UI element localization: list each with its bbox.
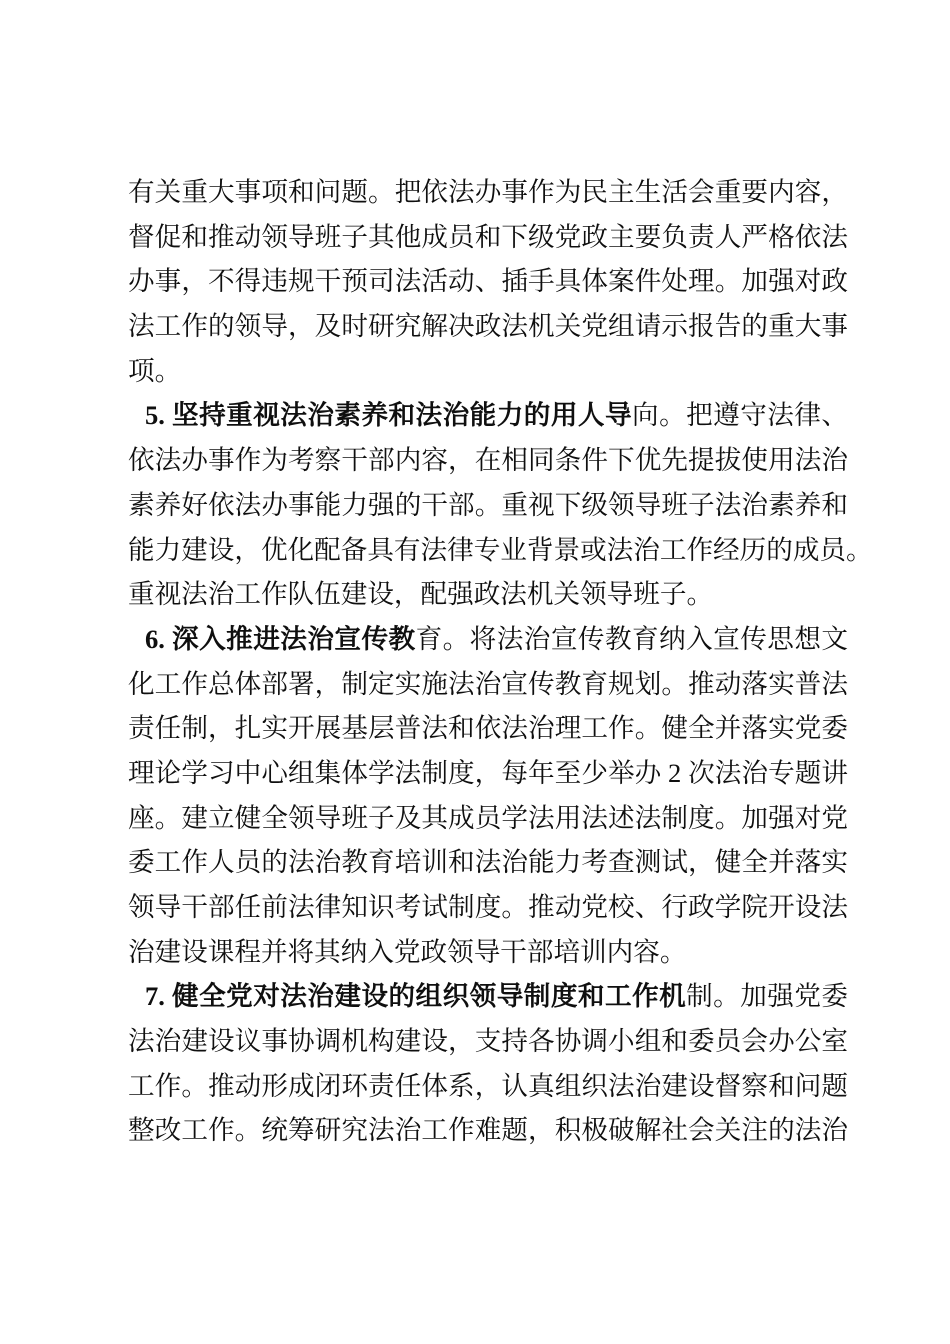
text-line: 依法办事作为考察干部内容，在相同条件下优先提拔使用法治 xyxy=(128,438,848,483)
body-text: 办事，不得违规干预司法活动、插手具体案件处理。加强对政 xyxy=(128,266,848,296)
body-text: 治建设课程并将其纳入党政领导干部培训内容。 xyxy=(128,937,686,967)
text-line: 6. 深入推进法治宣传教育。将法治宣传教育纳入宣传思想文 xyxy=(128,617,848,662)
paragraph-continuation: 有关重大事项和问题。把依法办事作为民主生活会重要内容，督促和推动领导班子其他成员… xyxy=(128,170,848,393)
paragraph-item-6: 6. 深入推进法治宣传教育。将法治宣传教育纳入宣传思想文化工作总体部署，制定实施… xyxy=(128,617,848,975)
body-text: 法治建设议事协调机构建设，支持各协调小组和委员会办公室 xyxy=(128,1026,848,1056)
body-text: 督促和推动领导班子其他成员和下级党政主要负责人严格依法 xyxy=(128,222,848,252)
text-line: 法治建设议事协调机构建设，支持各协调小组和委员会办公室 xyxy=(128,1019,848,1064)
text-line: 责任制，扎实开展基层普法和依法治理工作。健全并落实党委 xyxy=(128,706,848,751)
body-text: 领导干部任前法律知识考试制度。推动党校、行政学院开设法 xyxy=(128,892,848,922)
document-text-block: 有关重大事项和问题。把依法办事作为民主生活会重要内容，督促和推动领导班子其他成员… xyxy=(128,170,848,1153)
text-line: 理论学习中心组集体学法制度，每年至少举办 2 次法治专题讲 xyxy=(128,751,848,796)
body-text: 向。把遵守法律、 xyxy=(632,400,848,430)
body-text: 有关重大事项和问题。把依法办事作为民主生活会重要内容， xyxy=(128,177,848,207)
text-line: 整改工作。统筹研究法治工作难题，积极破解社会关注的法治 xyxy=(128,1108,848,1153)
body-text: 工作。推动形成闭环责任体系，认真组织法治建设督察和问题 xyxy=(128,1071,848,1101)
body-text: 委工作人员的法治教育培训和法治能力考查测试，健全并落实 xyxy=(128,847,848,877)
text-line: 工作。推动形成闭环责任体系，认真组织法治建设督察和问题 xyxy=(128,1064,848,1109)
body-text: 化工作总体部署，制定实施法治宣传教育规划。推动落实普法 xyxy=(128,669,848,699)
text-line: 治建设课程并将其纳入党政领导干部培训内容。 xyxy=(128,930,848,975)
item-heading-text: 7. 健全党对法治建设的组织领导制度和工作机 xyxy=(145,981,686,1011)
body-text: 依法办事作为考察干部内容，在相同条件下优先提拔使用法治 xyxy=(128,445,848,475)
body-text: 整改工作。统筹研究法治工作难题，积极破解社会关注的法治 xyxy=(128,1115,848,1145)
text-line: 项。 xyxy=(128,349,848,394)
body-text: 重视法治工作队伍建设，配强政法机关领导班子。 xyxy=(128,579,713,609)
text-line: 素养好依法办事能力强的干部。重视下级领导班子法治素养和 xyxy=(128,483,848,528)
text-line: 督促和推动领导班子其他成员和下级党政主要负责人严格依法 xyxy=(128,215,848,260)
document-page: 有关重大事项和问题。把依法办事作为民主生活会重要内容，督促和推动领导班子其他成员… xyxy=(0,0,950,1344)
item-heading-text: 6. 深入推进法治宣传教 xyxy=(145,624,416,654)
body-text: 项。 xyxy=(128,356,181,386)
text-line: 办事，不得违规干预司法活动、插手具体案件处理。加强对政 xyxy=(128,259,848,304)
text-line: 有关重大事项和问题。把依法办事作为民主生活会重要内容， xyxy=(128,170,848,215)
body-text: 制。加强党委 xyxy=(686,981,848,1011)
body-text: 责任制，扎实开展基层普法和依法治理工作。健全并落实党委 xyxy=(128,713,848,743)
body-text: 素养好依法办事能力强的干部。重视下级领导班子法治素养和 xyxy=(128,490,848,520)
body-text: 能力建设，优化配备具有法律专业背景或法治工作经历的成员。 xyxy=(128,535,873,565)
text-line: 座。建立健全领导班子及其成员学法用法述法制度。加强对党 xyxy=(128,796,848,841)
body-text: 法工作的领导，及时研究解决政法机关党组请示报告的重大事 xyxy=(128,311,848,341)
text-line: 领导干部任前法律知识考试制度。推动党校、行政学院开设法 xyxy=(128,885,848,930)
text-line: 法工作的领导，及时研究解决政法机关党组请示报告的重大事 xyxy=(128,304,848,349)
paragraph-item-5: 5. 坚持重视法治素养和法治能力的用人导向。把遵守法律、依法办事作为考察干部内容… xyxy=(128,393,848,616)
text-line: 5. 坚持重视法治素养和法治能力的用人导向。把遵守法律、 xyxy=(128,393,848,438)
text-line: 化工作总体部署，制定实施法治宣传教育规划。推动落实普法 xyxy=(128,662,848,707)
text-line: 重视法治工作队伍建设，配强政法机关领导班子。 xyxy=(128,572,848,617)
body-text: 座。建立健全领导班子及其成员学法用法述法制度。加强对党 xyxy=(128,803,848,833)
paragraph-item-7: 7. 健全党对法治建设的组织领导制度和工作机制。加强党委法治建设议事协调机构建设… xyxy=(128,974,848,1153)
item-heading-text: 5. 坚持重视法治素养和法治能力的用人导 xyxy=(145,400,632,430)
text-line: 委工作人员的法治教育培训和法治能力考查测试，健全并落实 xyxy=(128,840,848,885)
body-text: 理论学习中心组集体学法制度，每年至少举办 2 次法治专题讲 xyxy=(128,758,848,788)
text-line: 7. 健全党对法治建设的组织领导制度和工作机制。加强党委 xyxy=(128,974,848,1019)
text-line: 能力建设，优化配备具有法律专业背景或法治工作经历的成员。 xyxy=(128,528,848,573)
body-text: 育。将法治宣传教育纳入宣传思想文 xyxy=(416,624,848,654)
